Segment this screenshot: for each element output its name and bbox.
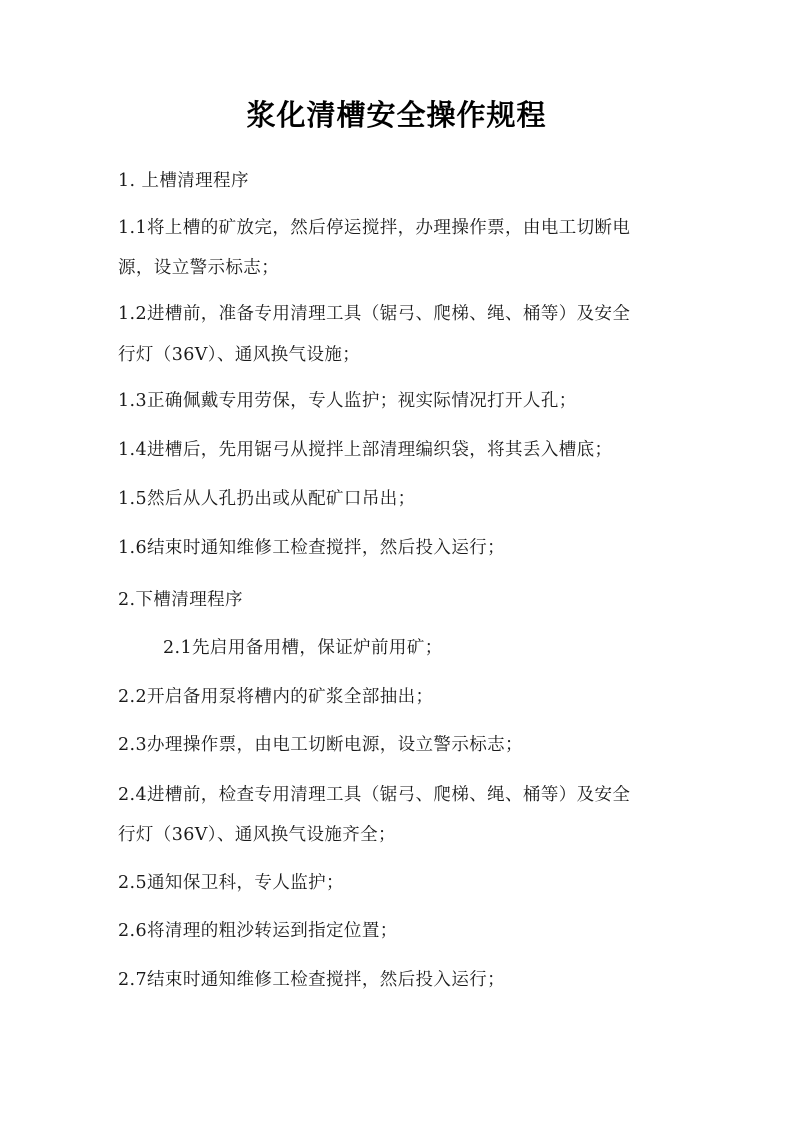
paragraph-line: 2.7结束时通知维修工检查搅拌，然后投入运行； xyxy=(118,968,505,992)
paragraph-line: 行灯（36V）、通风换气设施齐全； xyxy=(118,823,396,847)
paragraph-line: 2.5通知保卫科，专人监护； xyxy=(118,871,344,895)
paragraph-line: 2.1先启用备用槽，保证炉前用矿； xyxy=(163,636,443,660)
paragraph-line: 源，设立警示标志； xyxy=(118,256,279,280)
paragraph-line: 1.5然后从人孔扔出或从配矿口吊出； xyxy=(118,487,416,511)
paragraph-line: 2.4进槽前，检查专用清理工具（锯弓、爬梯、绳、桶等）及安全 xyxy=(118,783,630,807)
paragraph-line: 1.2进槽前，准备专用清理工具（锯弓、爬梯、绳、桶等）及安全 xyxy=(118,302,630,326)
section-heading-2: 2.下槽清理程序 xyxy=(118,588,243,612)
paragraph-line: 2.2开启备用泵将槽内的矿浆全部抽出； xyxy=(118,685,433,709)
paragraph-line: 1.6结束时通知维修工检查搅拌，然后投入运行； xyxy=(118,536,505,560)
section-heading-1: 1. 上槽清理程序 xyxy=(118,169,249,193)
paragraph-line: 1.3正确佩戴专用劳保，专人监护；视实际情况打开人孔； xyxy=(118,389,577,413)
paragraph-line: 1.1将上槽的矿放完，然后停运搅拌，办理操作票，由电工切断电 xyxy=(118,216,630,240)
paragraph-line: 行灯（36V）、通风换气设施； xyxy=(118,343,360,367)
paragraph-line: 2.6将清理的粗沙转运到指定位置； xyxy=(118,919,398,943)
paragraph-line: 1.4进槽后，先用锯弓从搅拌上部清理编织袋，将其丢入槽底； xyxy=(118,438,612,462)
document-title: 浆化清槽安全操作规程 xyxy=(0,95,793,135)
paragraph-line: 2.3办理操作票，由电工切断电源，设立警示标志； xyxy=(118,733,523,757)
document-page: 浆化清槽安全操作规程 1. 上槽清理程序 1.1将上槽的矿放完，然后停运搅拌，办… xyxy=(0,0,793,1122)
